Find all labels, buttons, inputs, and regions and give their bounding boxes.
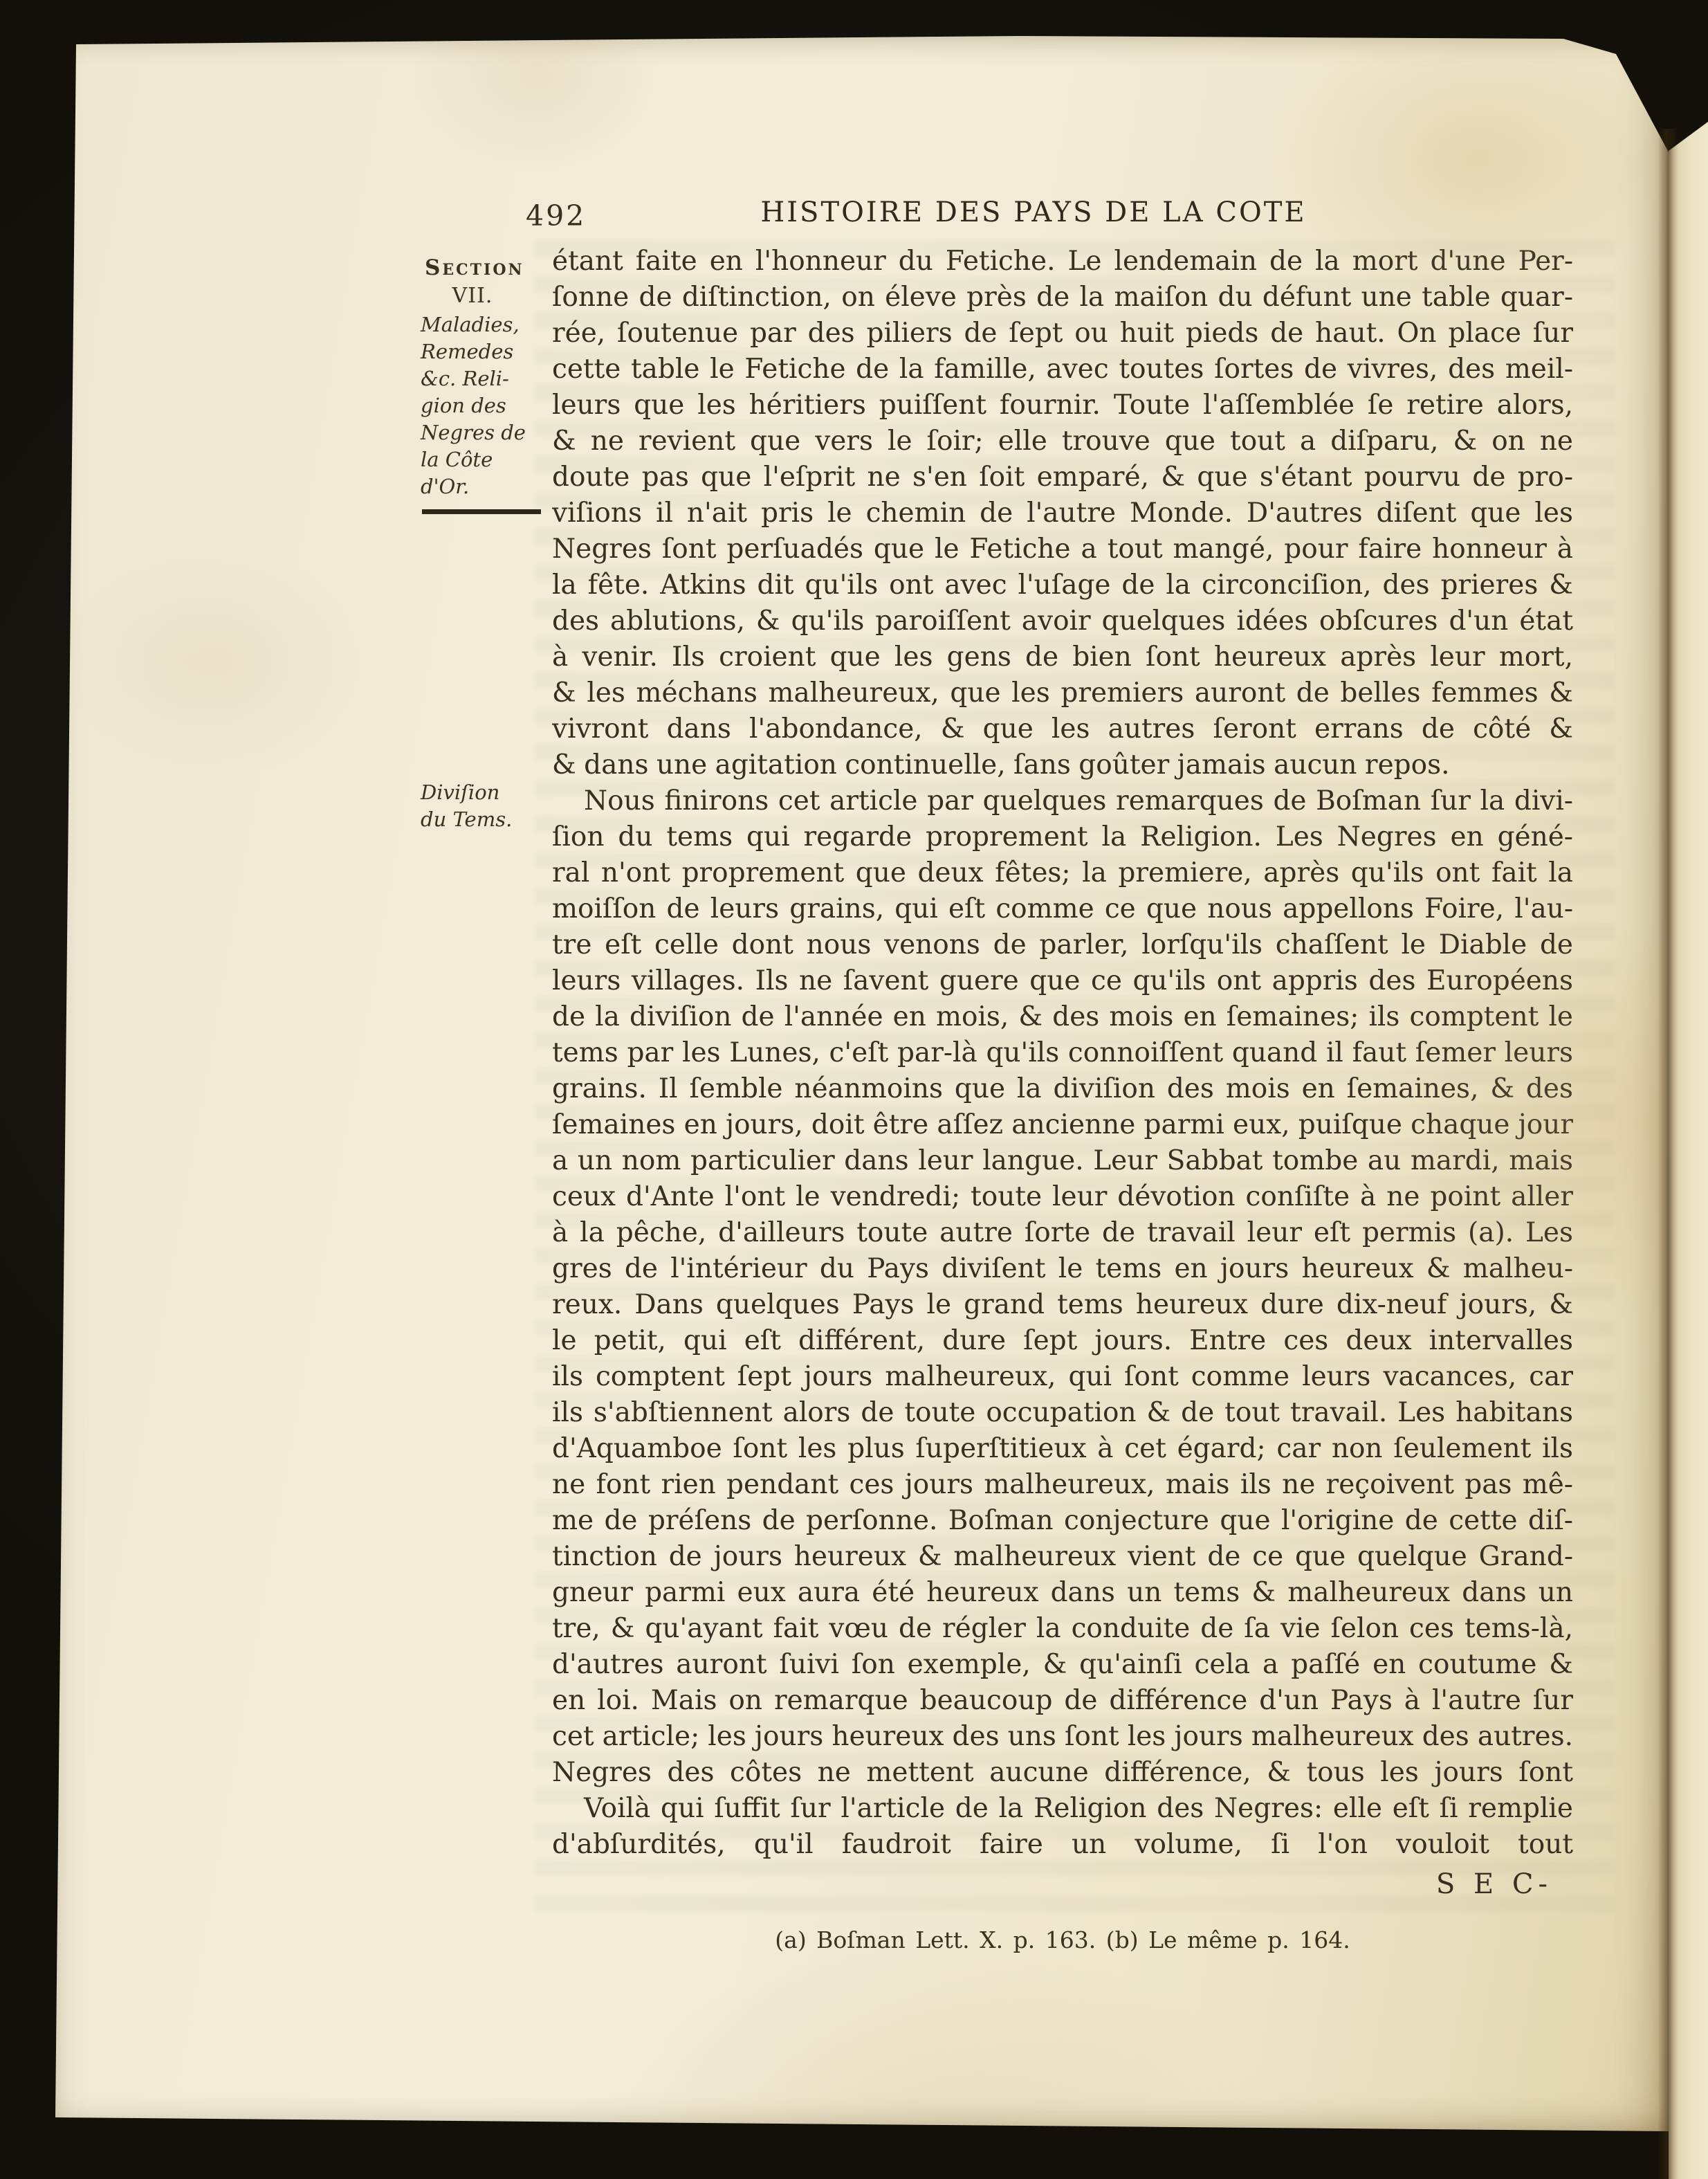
body-text-line: le petit, qui eſt différent, dure ſept j… <box>552 1323 1573 1359</box>
body-text-line: ils comptent ſept jours malheureux, qui … <box>552 1359 1573 1395</box>
body-text-line: doute pas que l'eſprit ne s'en ſoit empa… <box>552 459 1573 495</box>
body-text-line: en loi. Mais on remarque beaucoup de dif… <box>552 1683 1573 1719</box>
body-text-line: me de préſens de perſonne. Boſman conjec… <box>552 1503 1573 1539</box>
book-page: 492 HISTOIRE DES PAYS DE LA COTE Section… <box>51 33 1669 2131</box>
body-text-line: viſions il n'ait pris le chemin de l'aut… <box>552 495 1573 531</box>
body-text-line: Nous finirons cet article par quelques r… <box>552 783 1573 819</box>
body-text-line: rée, ſoutenue par des piliers de ſept ou… <box>552 316 1573 352</box>
body-text-line: Voilà qui ſuffit ſur l'article de la Rel… <box>552 1791 1573 1827</box>
body-text-line: d'autres auront ſuivi ſon exemple, & qu'… <box>552 1647 1573 1683</box>
body-text-line: ceux d'Ante l'ont le vendredi; toute leu… <box>552 1179 1573 1215</box>
body-text-line: cet article; les jours heureux des uns ſ… <box>552 1719 1573 1755</box>
margin-subject-note: Maladies,Remedes&c. Reli-gion desNegres … <box>421 311 549 500</box>
running-title: HISTOIRE DES PAYS DE LA COTE <box>494 197 1573 228</box>
body-text-line: ſion du tems qui regarde proprement la R… <box>552 819 1573 855</box>
margin-note-line: Diviſion <box>421 779 549 806</box>
body-text-line: & les méchans malheureux, que les premie… <box>552 675 1573 711</box>
body-text-line: de la diviſion de l'année en mois, & des… <box>552 999 1573 1035</box>
body-text-line: gneur parmi eux aura été heureux dans un… <box>552 1575 1573 1611</box>
body-text-line: vivront dans l'abondance, & que les autr… <box>552 711 1573 747</box>
body-text-line: Negres ſont perſuadés que le Fetiche a t… <box>552 531 1573 567</box>
body-text-line: tinction de jours heureux & malheureux v… <box>552 1539 1573 1575</box>
body-text-line: à venir. Ils croient que les gens de bie… <box>552 639 1573 675</box>
body-text-line: tems par les Lunes, c'eſt par-là qu'ils … <box>552 1035 1573 1071</box>
margin-note-line: la Côte <box>421 446 549 473</box>
body-text-line: cette table le Fetiche de la famille, av… <box>552 352 1573 388</box>
body-text-line: d'Aquamboe ſont les plus ſuperſtitieux à… <box>552 1431 1573 1467</box>
margin-note-line: Negres de <box>421 419 549 446</box>
body-text-line: ral n'ont proprement que deux fêtes; la … <box>552 855 1573 891</box>
body-text-line: des ablutions, & qu'ils paroiſſent avoir… <box>552 603 1573 639</box>
margin-division-note: Diviſiondu Tems. <box>421 779 549 833</box>
margin-note-line: Remedes <box>421 338 549 365</box>
body-text: étant faite en l'honneur du Fetiche. Le … <box>552 244 1573 1863</box>
body-text-line: d'abſurdités, qu'il faudroit faire un vo… <box>552 1827 1573 1863</box>
body-text-line: à la pêche, d'ailleurs toute autre ſorte… <box>552 1215 1573 1251</box>
body-text-line: ſemaines en jours, doit être aſſez ancie… <box>552 1107 1573 1143</box>
body-text-line: Negres des côtes ne mettent aucune diffé… <box>552 1755 1573 1791</box>
margin-note-line: du Tems. <box>421 806 549 833</box>
margin-section-label: Section <box>425 255 524 282</box>
body-text-line: ils s'abſtiennent alors de toute occupat… <box>552 1395 1573 1431</box>
body-text-line: leurs que les héritiers puiſſent fournir… <box>552 388 1573 423</box>
body-text-line: a un nom particulier dans leur langue. L… <box>552 1143 1573 1179</box>
body-text-line: ſonne de diſtinction, on éleve près de l… <box>552 280 1573 316</box>
body-text-line: étant faite en l'honneur du Fetiche. Le … <box>552 244 1573 280</box>
body-text-line: tre eſt celle dont nous venons de parler… <box>552 927 1573 963</box>
body-text-line: & dans une agitation continuelle, ſans g… <box>552 747 1573 783</box>
scanned-book-photograph: { "page": { "number": "492", "running_ti… <box>0 0 1708 2179</box>
margin-note-line: d'Or. <box>421 473 549 500</box>
body-text-line: & ne revient que vers le ſoir; elle trou… <box>552 423 1573 459</box>
margin-note-line: gion des <box>421 392 549 419</box>
body-text-line: tre, & qu'ayant fait vœu de régler la co… <box>552 1611 1573 1647</box>
body-text-line: grains. Il ſemble néanmoins que la diviſ… <box>552 1071 1573 1107</box>
body-text-line: reux. Dans quelques Pays le grand tems h… <box>552 1287 1573 1323</box>
body-text-line: leurs villages. Ils ne ſavent guere que … <box>552 963 1573 999</box>
body-text-line: gres de l'intérieur du Pays diviſent le … <box>552 1251 1573 1287</box>
body-text-line: ne font rien pendant ces jours malheureu… <box>552 1467 1573 1503</box>
body-text-line: moiſſon de leurs grains, qui eſt comme c… <box>552 891 1573 927</box>
margin-rule <box>422 509 541 514</box>
body-text-line: la fête. Atkins dit qu'ils ont avec l'uſ… <box>552 567 1573 603</box>
margin-section-number: VII. <box>421 282 524 309</box>
catchword: S E C- <box>552 1868 1552 1900</box>
footnote: (a) Boſman Lett. X. p. 163. (b) Le même … <box>552 1926 1573 1953</box>
margin-note-line: &c. Reli- <box>421 365 549 392</box>
margin-note-line: Maladies, <box>421 311 549 338</box>
facing-page-edge <box>1669 122 1708 2179</box>
